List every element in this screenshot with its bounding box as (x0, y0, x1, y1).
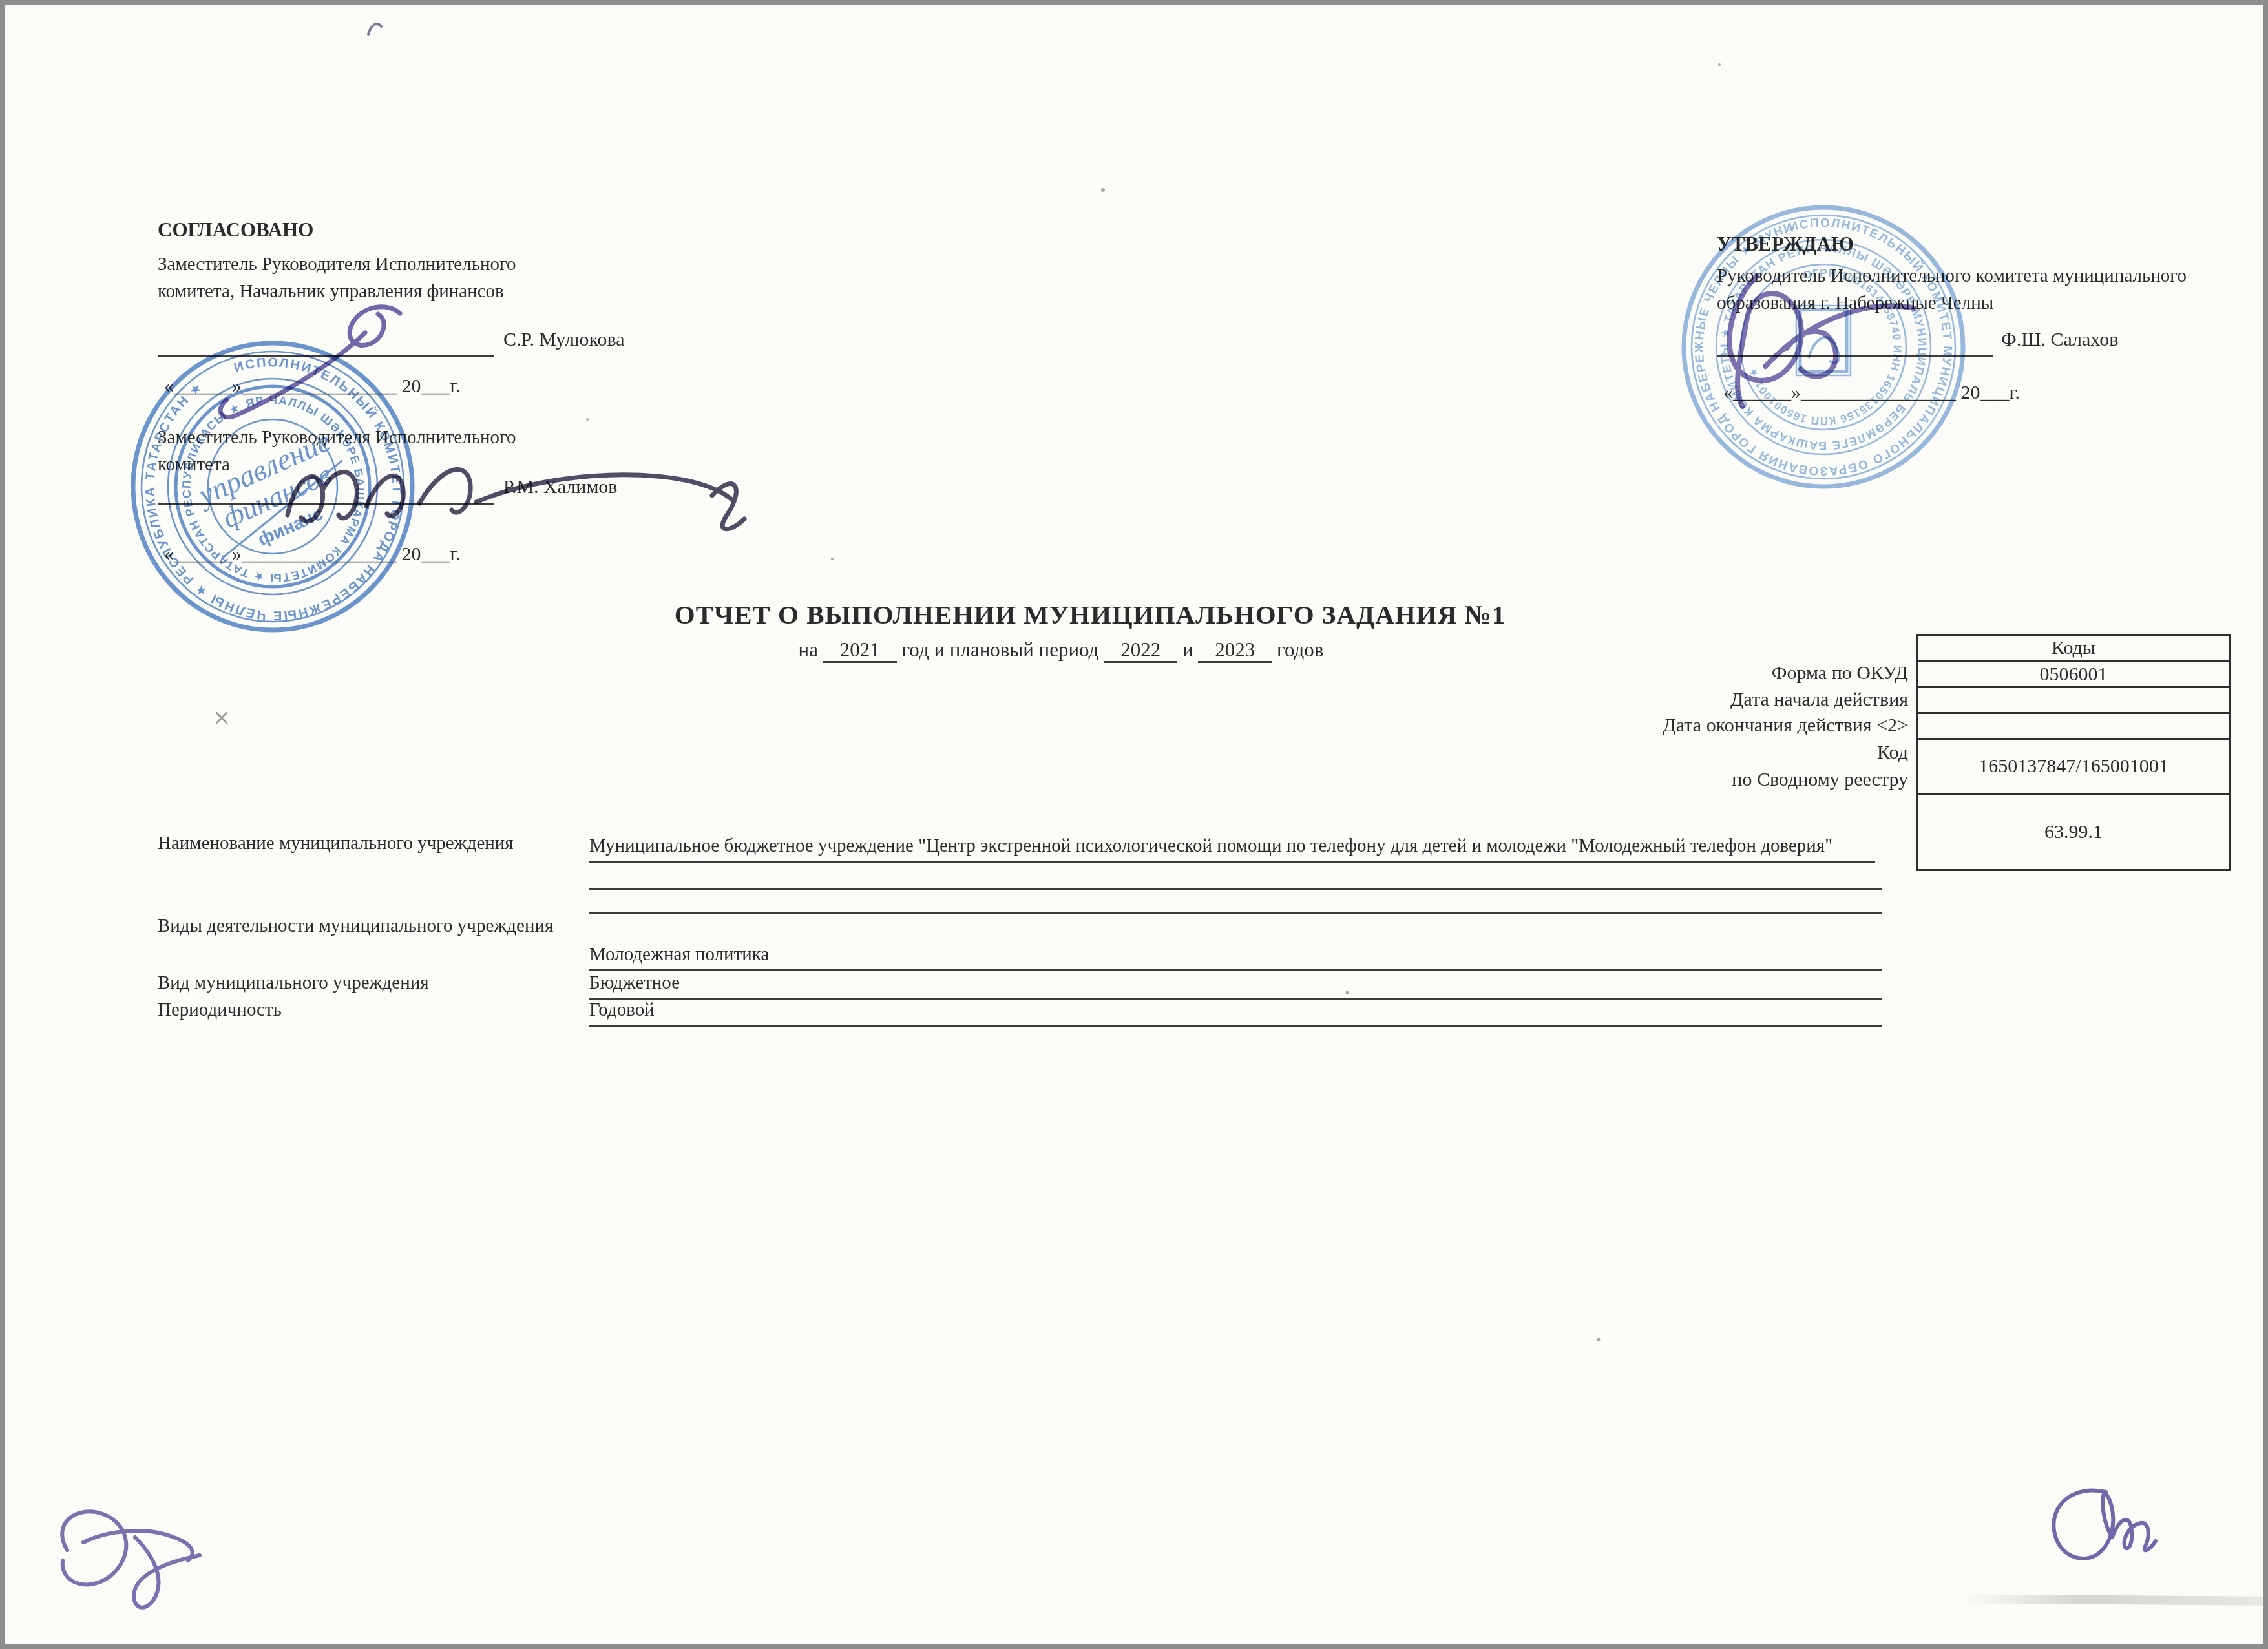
stamp-middle-ring-text: ЯР ЧАЛЛЫ ШӘҺӘРЕ МУНИЦИПАЛЬ БЕРӘМЛЕГЕ БАШ… (1679, 203, 1954, 490)
periodicity-value: Годовой (589, 998, 1882, 1027)
scanner-streak (1962, 1594, 2263, 1605)
agreed-heading: СОГЛАСОВАНО (158, 218, 313, 242)
activities-value: Молодежная политика (589, 943, 1882, 971)
signer2-name: Р.М. Халимов (503, 475, 618, 499)
blank-line (589, 888, 1882, 890)
pen-tick-mark (368, 24, 381, 34)
institution-type-value: Бюджетное (589, 971, 1882, 1000)
signature-bottom-left (62, 1511, 200, 1607)
subtitle-suffix: годов (1277, 638, 1323, 661)
approver-name: Ф.Ш. Салахов (2001, 328, 2118, 352)
date-start-label: Дата начала действия (1135, 688, 1908, 711)
codes-header-cell: Коды (1918, 636, 2229, 662)
agreed-role-line1: Заместитель Руководителя Исполнительного (158, 253, 516, 276)
okud-value-cell: 0506001 (1918, 662, 2229, 688)
institution-type-label: Вид муниципального учреждения (158, 971, 429, 994)
finance-department-stamp: ИСПОЛНИТЕЛЬНЫЙ КОМИТЕТ ГОРОДА НАБЕРЕЖНЫЕ… (127, 337, 418, 636)
subtitle-middle: год и плановый период (901, 638, 1098, 661)
scanned-report-screenshot: { "left_approval": { "heading": "СОГЛАСО… (0, 0, 2268, 1649)
x-scan-mark (216, 713, 227, 723)
code-label: Код (1135, 740, 1908, 764)
signature-bottom-right (2053, 1490, 2156, 1559)
year-1: 2021 (823, 638, 897, 663)
date-end-label: Дата окончания действия <2> (1135, 713, 1908, 737)
blank-line (589, 912, 1882, 914)
year-3: 2023 (1198, 638, 1272, 663)
subtitle-prefix: на (799, 638, 818, 661)
agreed-role-line2: комитета, Начальник управления финансов (158, 280, 504, 303)
codes-table: Коды 0506001 1650137847/165001001 63.99.… (1916, 634, 2231, 871)
report-subtitle: на 2021 год и плановый период 2022 и 202… (5, 638, 2117, 662)
date-end-value-cell (1918, 714, 2229, 740)
registry-label: по Сводному реестру (1135, 768, 1908, 792)
subtitle-conj: и (1182, 638, 1193, 661)
executive-committee-stamp: ИСПОЛНИТЕЛЬНЫЙ КОМИТЕТ МУНИЦИПАЛЬНОГО ОБ… (1679, 203, 1968, 491)
date-start-value-cell (1918, 688, 2229, 714)
periodicity-label: Периодичность (158, 998, 282, 1022)
activities-label: Виды деятельности муниципального учрежде… (158, 914, 553, 938)
document-page: СОГЛАСОВАНО Заместитель Руководителя Исп… (5, 5, 2263, 1644)
okud-label: Форма по ОКУД (1135, 661, 1908, 685)
institution-name-value: Муниципальное бюджетное учреждение "Цент… (589, 834, 1875, 863)
signer1-name: С.Р. Мулюкова (503, 328, 625, 352)
year-2: 2022 (1104, 638, 1177, 663)
institution-name-label: Наименование муниципального учреждения (158, 832, 514, 855)
registry-code-cell: 1650137847/165001001 (1918, 740, 2229, 795)
okved-value-cell: 63.99.1 (1918, 795, 2229, 869)
